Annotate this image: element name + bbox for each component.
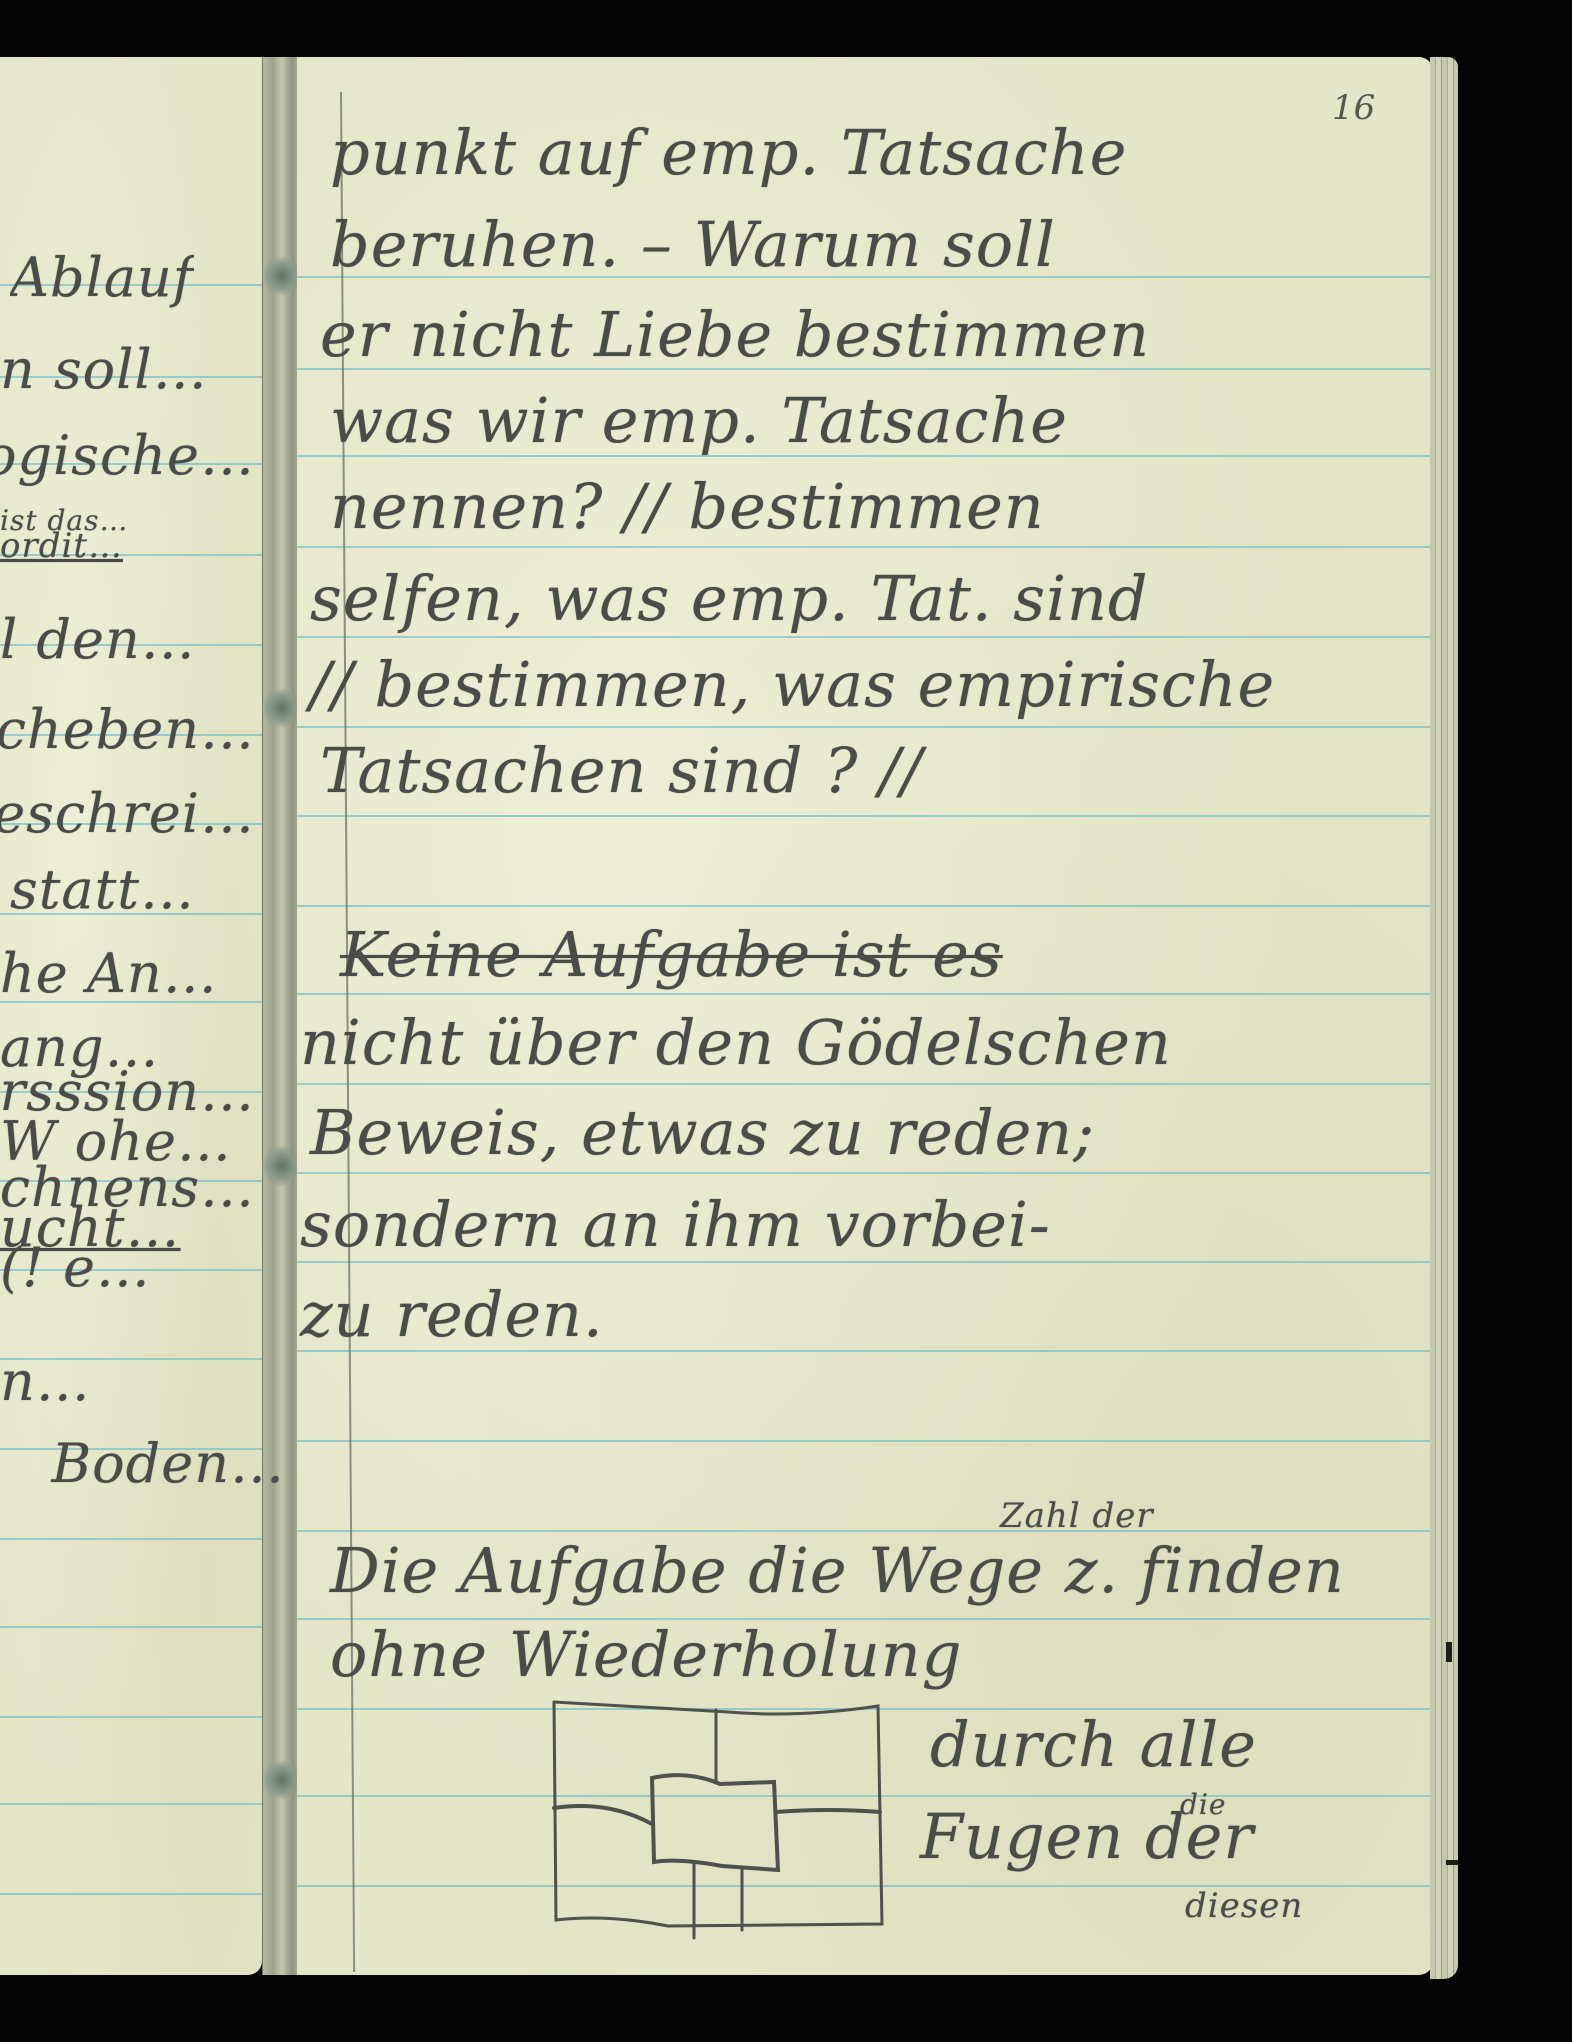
handwritten-line: Beweis, etwas zu reden;: [310, 1096, 1095, 1169]
handwritten-line: Keine Aufgabe ist es: [340, 918, 1003, 991]
handwritten-line: ohne Wiederholung: [330, 1618, 962, 1691]
staple-mark-middle: [262, 688, 298, 728]
connector-left: [554, 1806, 652, 1824]
ruled-line-left: [0, 1803, 262, 1805]
ruled-line-left: [0, 1893, 262, 1895]
ruled-line-right: [297, 726, 1430, 728]
handwritten-line: …n: [0, 1350, 91, 1413]
handwritten-line: nicht über den Gödelschen: [300, 1006, 1172, 1079]
ruled-line-right: [297, 1083, 1430, 1085]
handwritten-line: selfen, was emp. Tat. sind: [310, 562, 1149, 635]
diagram-sketch: [548, 1700, 888, 1940]
handwritten-line: …n Boden: [30, 1432, 285, 1495]
handwritten-line: …ordit: [0, 526, 123, 566]
ruled-line-right: [297, 1172, 1430, 1174]
handwritten-line: diesen: [1185, 1886, 1303, 1926]
ruled-line-right: [297, 546, 1430, 548]
connector-right: [776, 1810, 880, 1812]
ruled-line-right: [297, 1440, 1430, 1442]
handwritten-line: …l den: [0, 608, 196, 671]
handwritten-line: …n soll: [0, 338, 208, 401]
handwritten-line: …rcheben.: [0, 698, 255, 761]
binding-gutter: [262, 57, 298, 1975]
handwritten-line: zu reden.: [300, 1278, 604, 1351]
handwritten-line: …he An: [0, 942, 218, 1005]
ruled-line-right: [297, 1261, 1430, 1263]
handwritten-line: nennen? // bestimmen: [330, 470, 1045, 543]
handwritten-line: Zahl der: [1000, 1496, 1154, 1536]
ruled-line-right: [297, 636, 1430, 638]
outer-box-stroke: [554, 1702, 882, 1926]
page-number: 16: [1332, 88, 1375, 128]
handwritten-line: Fugen der: [920, 1800, 1254, 1873]
ruled-line-right: [297, 905, 1430, 907]
handwritten-line: durch alle: [930, 1708, 1257, 1781]
handwritten-line: …e !): [0, 1236, 151, 1299]
handwritten-line: sondern an ihm vorbei-: [300, 1188, 1051, 1261]
handwritten-line: …beschrei: [0, 782, 255, 845]
handwritten-line: punkt auf emp. Tatsache: [330, 116, 1127, 189]
ruled-line-left: [0, 1538, 262, 1540]
ruled-line-right: [297, 1530, 1430, 1532]
ruled-line-left: [0, 1626, 262, 1628]
ruled-line-right: [297, 815, 1430, 817]
handwritten-line: er nicht Liebe bestimmen: [320, 298, 1150, 371]
handwritten-line: beruhen. – Warum soll: [330, 208, 1056, 281]
handwritten-line: was wir emp. Tatsache: [330, 384, 1068, 457]
handwritten-line: …statt: [10, 858, 195, 921]
edge-mark: [1446, 1642, 1452, 1662]
ruled-line-left: [0, 1716, 262, 1718]
inner-box-stroke: [652, 1775, 778, 1870]
page-edge-stack: [1430, 57, 1458, 1979]
staple-mark-bottom: [262, 1760, 298, 1800]
staple-mark-lower: [262, 1146, 298, 1186]
handwritten-line: Ablauf: [10, 246, 194, 309]
handwritten-line: Die Aufgabe die Wege z. finden: [330, 1534, 1345, 1607]
handwritten-line: Tatsachen sind ? //: [320, 734, 923, 807]
handwritten-line: …logische: [0, 424, 255, 487]
edge-mark: [1446, 1860, 1458, 1865]
handwritten-line: // bestimmen, was empirische: [310, 648, 1275, 721]
staple-mark-top: [262, 256, 298, 296]
ruled-line-right: [297, 993, 1430, 995]
